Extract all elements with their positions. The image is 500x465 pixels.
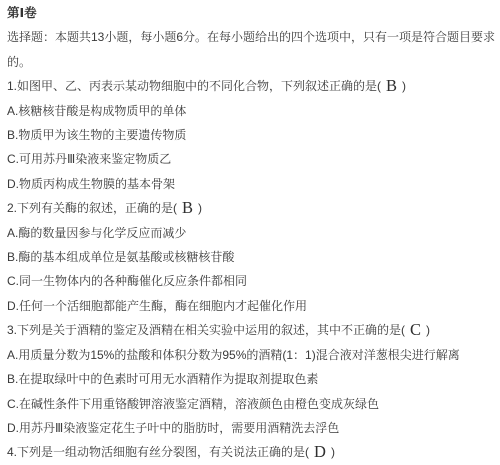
question-3-option-b: B.在提取绿叶中的色素时可用无水酒精作为提取剂提取色素 <box>7 367 498 391</box>
question-2-answer: B <box>182 198 193 217</box>
answer-paren-close: ) <box>198 201 202 215</box>
answer-paren-open: ( <box>401 323 405 337</box>
question-3-stem: 3.下列是关于酒精的鉴定及酒精在相关实验中运用的叙述，其中不正确的是(C) <box>7 318 498 342</box>
question-2-option-b: B.酶的基本组成单位是氨基酸或核糖核苷酸 <box>7 245 498 269</box>
answer-paren-close: ) <box>426 323 430 337</box>
answer-paren-close: ) <box>331 445 335 459</box>
instructions: 选择题：本题共13小题，每小题6分。在每小题给出的四个选项中，只有一项是符合题目… <box>7 25 498 74</box>
question-1-option-d: D.物质丙构成生物膜的基本骨架 <box>7 172 498 196</box>
question-1-option-c: C.可用苏丹Ⅲ染液来鉴定物质乙 <box>7 147 498 171</box>
answer-paren-open: ( <box>305 445 309 459</box>
question-2-text: 2.下列有关酶的叙述，正确的是 <box>7 201 173 215</box>
question-1-option-a: A.核糖核苷酸是构成物质甲的单体 <box>7 99 498 123</box>
exam-page: 第Ⅰ卷 选择题：本题共13小题，每小题6分。在每小题给出的四个选项中，只有一项是… <box>0 0 500 465</box>
question-4-stem: 4.下列是一组动物活细胞有丝分裂图，有关说法正确的是(D) <box>7 440 498 464</box>
answer-paren-open: ( <box>377 79 381 93</box>
question-1-stem: 1.如图甲、乙、丙表示某动物细胞中的不同化合物，下列叙述正确的是(B) <box>7 74 498 98</box>
question-4-answer: D <box>314 442 326 461</box>
answer-paren-close: ) <box>402 79 406 93</box>
question-1-answer: B <box>386 76 397 95</box>
question-3-option-d: D.用苏丹Ⅲ染液鉴定花生子叶中的脂肪时，需要用酒精洗去浮色 <box>7 416 498 440</box>
question-3-text: 3.下列是关于酒精的鉴定及酒精在相关实验中运用的叙述，其中不正确的是 <box>7 323 401 337</box>
answer-paren-open: ( <box>173 201 177 215</box>
question-1-text: 1.如图甲、乙、丙表示某动物细胞中的不同化合物，下列叙述正确的是 <box>7 79 377 93</box>
question-2-option-a: A.酶的数量因参与化学反应而减少 <box>7 221 498 245</box>
section-title: 第Ⅰ卷 <box>7 1 498 25</box>
question-3-option-a: A.用质量分数为15%的盐酸和体积分数为95%的酒精(1：1)混合液对洋葱根尖进… <box>7 343 498 367</box>
question-2-option-c: C.同一生物体内的各种酶催化反应条件都相同 <box>7 269 498 293</box>
question-3-option-c: C.在碱性条件下用重铬酸钾溶液鉴定酒精，溶液颜色由橙色变成灰绿色 <box>7 392 498 416</box>
question-4-text: 4.下列是一组动物活细胞有丝分裂图，有关说法正确的是 <box>7 445 305 459</box>
question-2-stem: 2.下列有关酶的叙述，正确的是(B) <box>7 196 498 220</box>
question-2-option-d: D.任何一个活细胞都能产生酶，酶在细胞内才起催化作用 <box>7 294 498 318</box>
question-3-answer: C <box>410 320 421 339</box>
question-1-option-b: B.物质甲为该生物的主要遗传物质 <box>7 123 498 147</box>
